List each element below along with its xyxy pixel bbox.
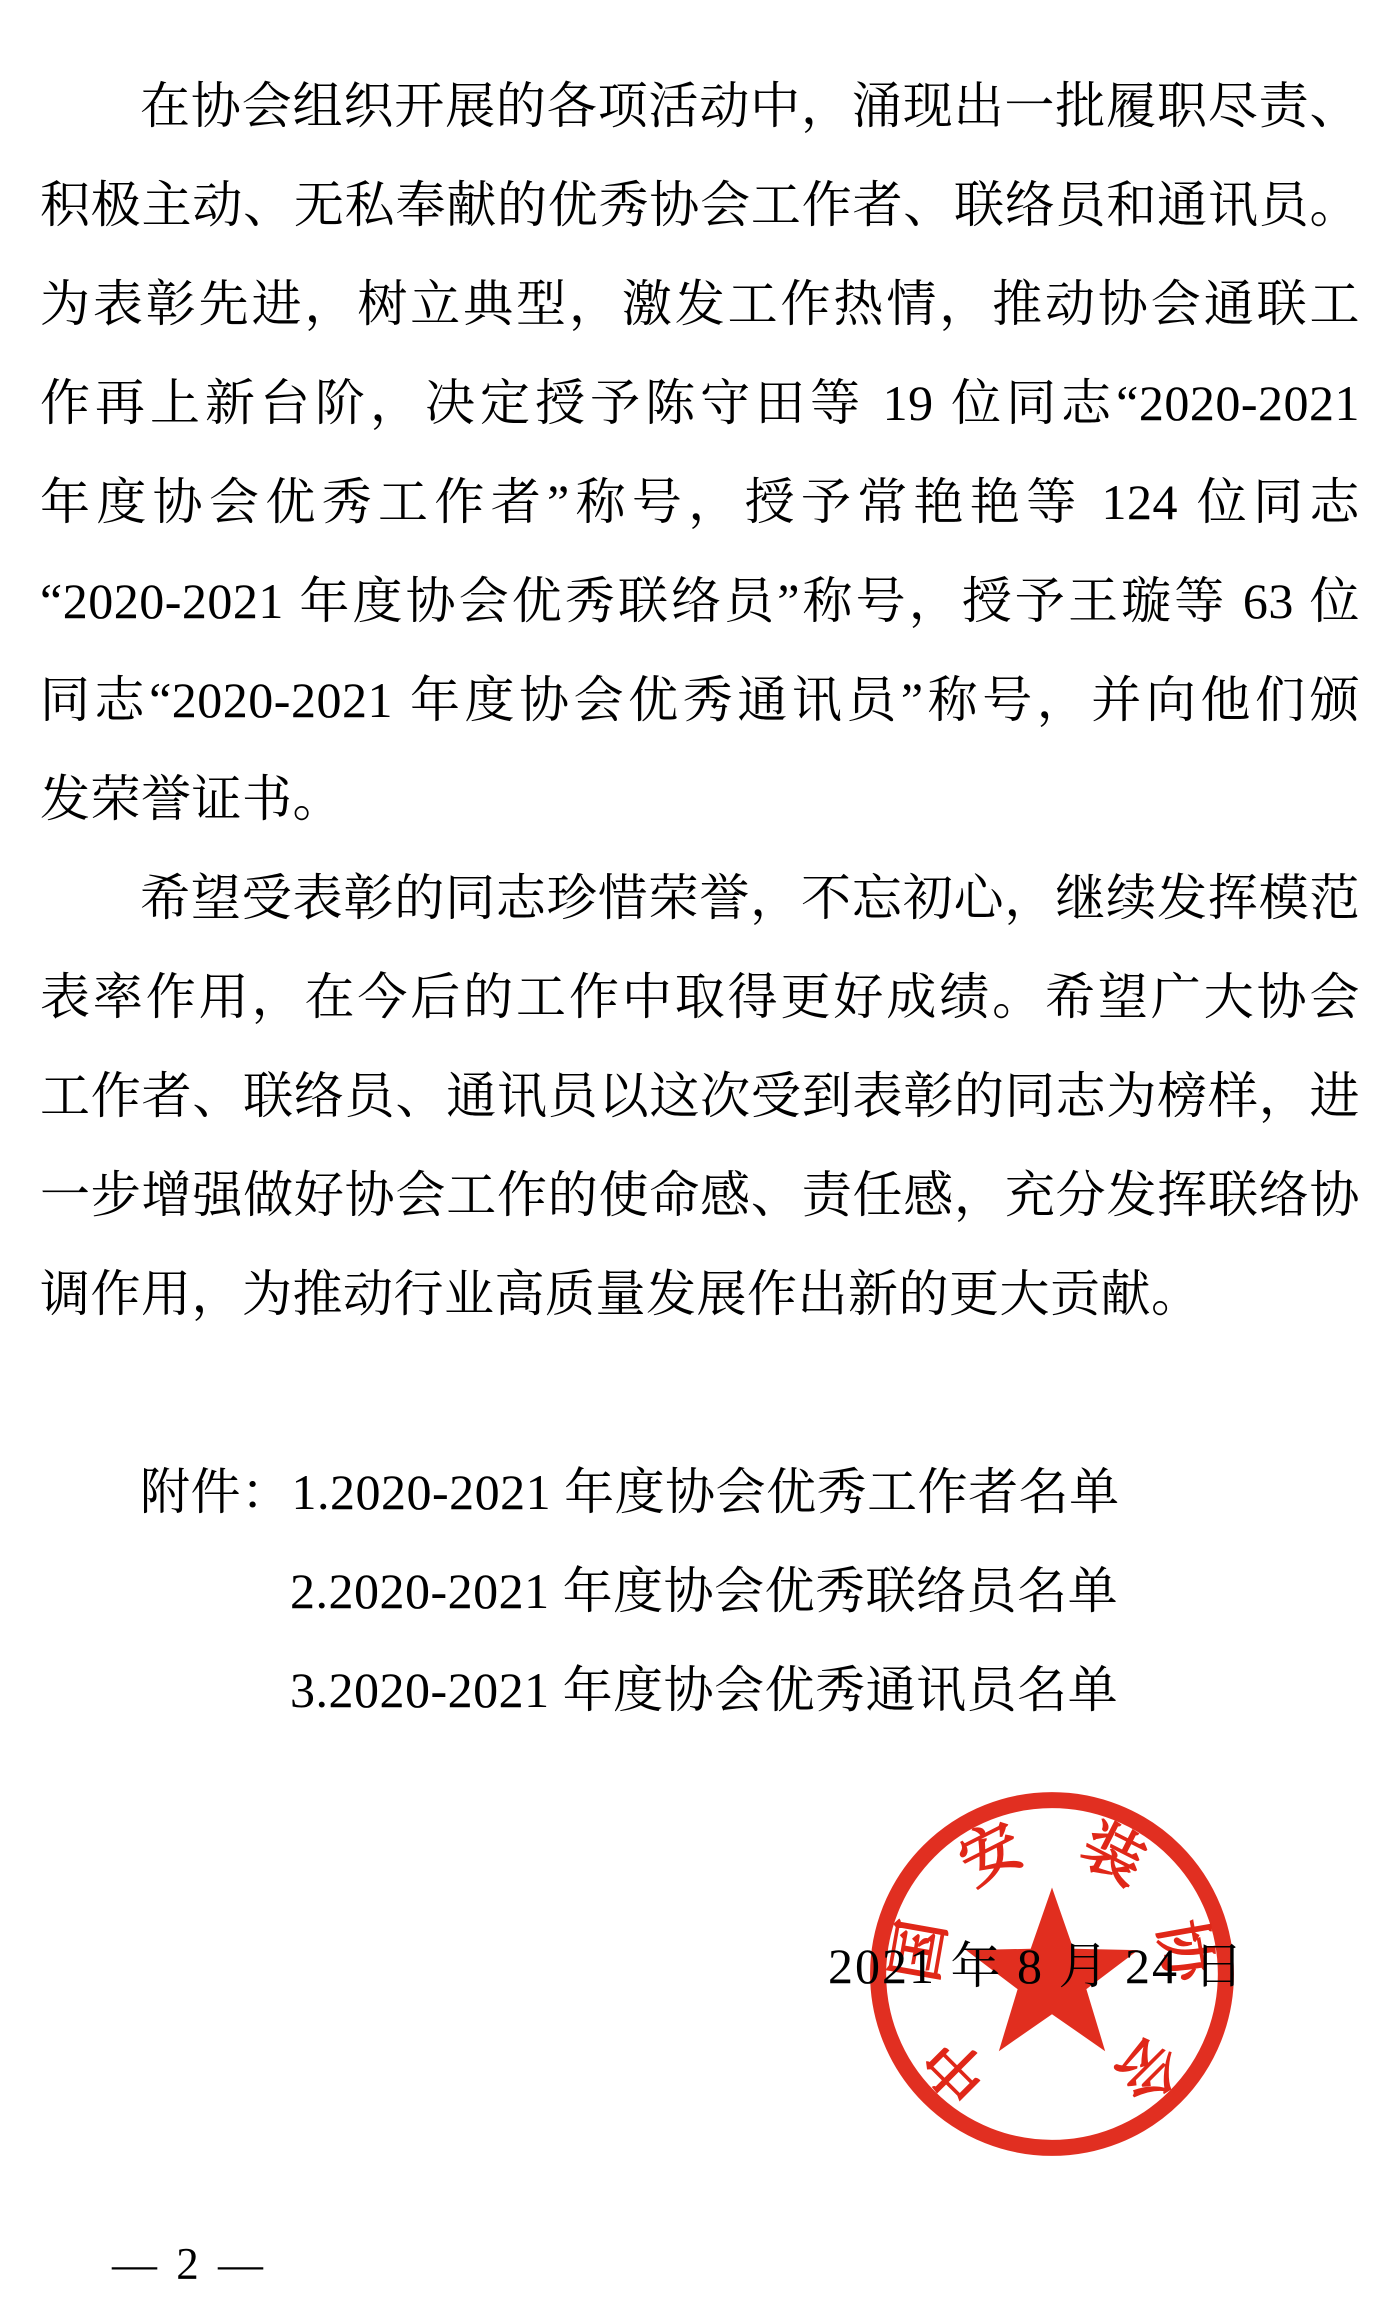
body-line: 调作用，为推动行业高质量发展作出新的更大贡献。 xyxy=(40,1245,1360,1344)
body-line: “2020-2021 年度协会优秀联络员”称号，授予王璇等 63 位 xyxy=(40,552,1360,651)
document-page: { "document": { "paragraph1": { "lines":… xyxy=(0,0,1400,2297)
body-line: 表率作用，在今后的工作中取得更好成绩。希望广大协会 xyxy=(40,948,1360,1047)
attachment-list: 附件：1.2020-2021 年度协会优秀工作者名单 2.2020-2021 年… xyxy=(40,1443,1360,1740)
attachment-item: 2.2020-2021 年度协会优秀联络员名单 xyxy=(40,1542,1360,1641)
body-line: 工作者、联络员、通讯员以这次受到表彰的同志为榜样，进 xyxy=(40,1047,1360,1146)
body-line: 发荣誉证书。 xyxy=(40,750,1360,849)
document-body: 在协会组织开展的各项活动中，涌现出一批履职尽责、 积极主动、无私奉献的优秀协会工… xyxy=(40,57,1360,1740)
attachment-item: 附件：1.2020-2021 年度协会优秀工作者名单 xyxy=(40,1443,1360,1542)
attachment-item-text: 3.2020-2021 年度协会优秀通讯员名单 xyxy=(290,1641,1118,1740)
body-line: 为表彰先进，树立典型，激发工作热情，推动协会通联工 xyxy=(40,255,1360,354)
paragraph-1: 在协会组织开展的各项活动中，涌现出一批履职尽责、 积极主动、无私奉献的优秀协会工… xyxy=(40,57,1360,849)
issue-date: 2021 年 8 月 24 日 xyxy=(828,1926,1246,1998)
attachment-item: 3.2020-2021 年度协会优秀通讯员名单 xyxy=(40,1641,1360,1740)
body-line: 同志“2020-2021 年度协会优秀通讯员”称号，并向他们颁 xyxy=(40,651,1360,750)
body-line: 作再上新台阶，决定授予陈守田等 19 位同志“2020-2021 xyxy=(40,354,1360,453)
body-line: 希望受表彰的同志珍惜荣誉，不忘初心，继续发挥模范 xyxy=(40,849,1360,948)
page-number: — 2 — xyxy=(112,2238,267,2290)
body-line: 年度协会优秀工作者”称号，授予常艳艳等 124 位同志 xyxy=(40,453,1360,552)
body-line: 一步增强做好协会工作的使命感、责任感，充分发挥联络协 xyxy=(40,1146,1360,1245)
attachment-item-text: 2.2020-2021 年度协会优秀联络员名单 xyxy=(290,1542,1118,1641)
paragraph-2: 希望受表彰的同志珍惜荣誉，不忘初心，继续发挥模范 表率作用，在今后的工作中取得更… xyxy=(40,849,1360,1344)
body-line: 在协会组织开展的各项活动中，涌现出一批履职尽责、 xyxy=(40,57,1360,156)
attachments-label: 附件： xyxy=(140,1443,292,1542)
attachment-item-text: 1.2020-2021 年度协会优秀工作者名单 xyxy=(292,1443,1120,1542)
body-line: 积极主动、无私奉献的优秀协会工作者、联络员和通讯员。 xyxy=(40,156,1360,255)
